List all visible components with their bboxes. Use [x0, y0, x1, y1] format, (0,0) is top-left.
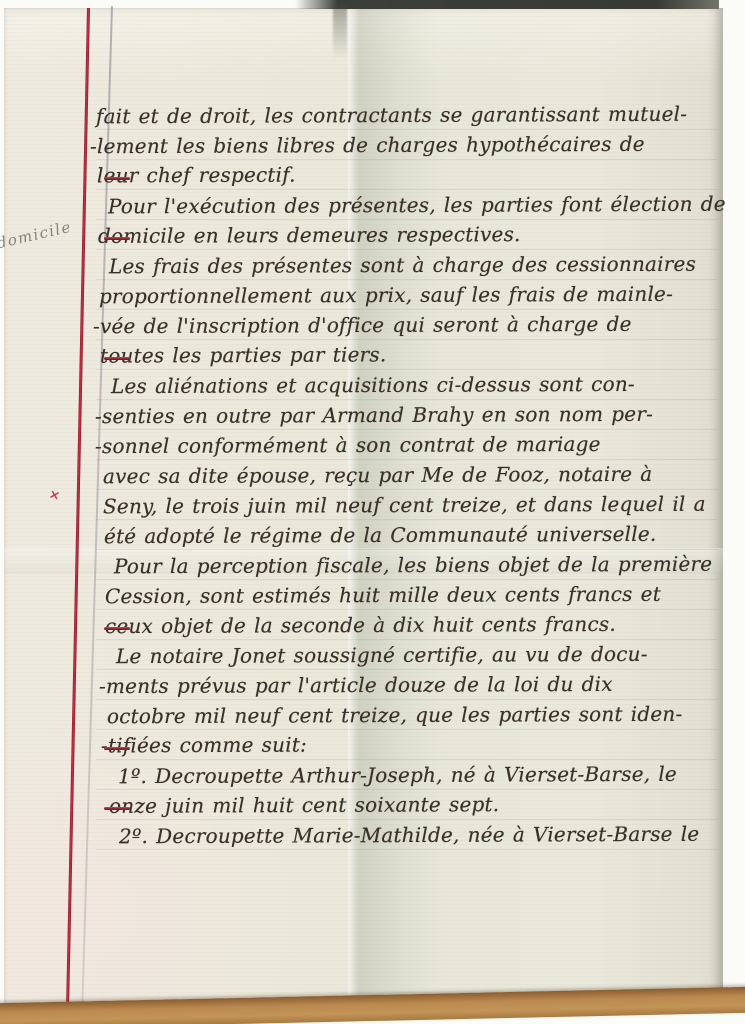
paragraph-end-rule [104, 807, 130, 811]
manuscript-line: -vée de l'inscription d'office qui seron… [96, 310, 718, 340]
manuscript-line-text: Les aliénations et acquisitions ci-dessu… [111, 371, 635, 400]
manuscript-line: -senties en outre par Armand Brahy en so… [96, 400, 718, 430]
manuscript-line-text: toutes les parties par tiers. [100, 341, 387, 369]
manuscript-line-text: 1º. Decroupette Arthur-Joseph, né à Vier… [118, 761, 677, 790]
manuscript-line-text: domicile en leurs demeures respectives. [98, 221, 521, 250]
manuscript-line: -sonnel conformément à son contrat de ma… [96, 430, 718, 460]
manuscript-line-text: Le notaire Jonet soussigné certifie, au … [116, 641, 648, 670]
manuscript-line: fait et de droit, les contractants se ga… [96, 100, 718, 130]
manuscript-line-text: -sonnel conformément à son contrat de ma… [95, 431, 601, 460]
manuscript-line-text: -senties en outre par Armand Brahy en so… [94, 401, 652, 430]
manuscript-line: Cession, sont estimés huit mille deux ce… [96, 580, 718, 610]
manuscript-line: domicile en leurs demeures respectives. [96, 220, 718, 250]
manuscript-line: Pour la perception fiscale, les biens ob… [96, 550, 718, 580]
manuscript-line-text: -tifiées comme suit: [100, 732, 306, 760]
manuscript-line: octobre mil neuf cent treize, que les pa… [96, 700, 718, 730]
paragraph-end-rule [104, 357, 130, 361]
manuscript-line: ceux objet de la seconde à dix huit cent… [96, 610, 718, 640]
manuscript-line-text: ceux objet de la seconde à dix huit cent… [105, 611, 616, 640]
manuscript-line: toutes les parties par tiers. [96, 340, 718, 370]
manuscript-line-text: 2º. Decroupette Marie-Mathilde, née à Vi… [119, 821, 699, 851]
manuscript-line: Les frais des présentes sont à charge de… [96, 250, 718, 280]
manuscript-line-text: Les frais des présentes sont à charge de… [109, 251, 696, 281]
manuscript-line: 1º. Decroupette Arthur-Joseph, né à Vier… [96, 760, 718, 790]
manuscript-line-text: Pour la perception fiscale, les biens ob… [114, 551, 712, 581]
manuscript-line: 2º. Decroupette Marie-Mathilde, née à Vi… [96, 820, 718, 850]
manuscript-line-text: Cession, sont estimés huit mille deux ce… [105, 581, 661, 610]
paragraph-end-rule [104, 237, 130, 241]
scan-top-edge-shadow [295, 0, 719, 9]
manuscript-line: proportionnellement aux prix, sauf les f… [96, 280, 718, 310]
manuscript-line-text: onze juin mil huit cent soixante sept. [109, 791, 499, 820]
manuscript-line-text: -ments prévus par l'article douze de la … [99, 671, 613, 700]
manuscript-line-text: leur chef respectif. [97, 162, 296, 190]
paragraph-end-rule [104, 177, 130, 181]
manuscript-line-text: -lement les biens libres de charges hypo… [90, 131, 645, 160]
manuscript-line: leur chef respectif. [96, 160, 718, 190]
manuscript-line-text: -vée de l'inscription d'office qui seron… [93, 311, 632, 340]
manuscript-line: Seny, le trois juin mil neuf cent treize… [96, 490, 718, 520]
manuscript: fait et de droit, les contractants se ga… [96, 100, 718, 850]
manuscript-line-text: fait et de droit, les contractants se ga… [96, 101, 687, 131]
manuscript-line: Les aliénations et acquisitions ci-dessu… [96, 370, 718, 400]
manuscript-line: Pour l'exécution des présentes, les part… [96, 190, 718, 220]
manuscript-line-text: octobre mil neuf cent treize, que les pa… [107, 701, 683, 731]
top-crease-shadow [333, 5, 347, 59]
manuscript-line: -ments prévus par l'article douze de la … [96, 670, 718, 700]
paragraph-end-rule [104, 627, 130, 631]
scanned-notarial-page: domicile × fait et de droit, les contrac… [0, 0, 745, 1024]
manuscript-line-text: Pour l'exécution des présentes, les part… [108, 191, 726, 221]
manuscript-line-text: Seny, le trois juin mil neuf cent treize… [103, 491, 706, 521]
manuscript-line-text: proportionnellement aux prix, sauf les f… [99, 281, 673, 311]
paragraph-end-rule [104, 747, 130, 751]
manuscript-line-text: avec sa dite épouse, reçu par Me de Fooz… [103, 461, 653, 490]
manuscript-line: Le notaire Jonet soussigné certifie, au … [96, 640, 718, 670]
manuscript-line: été adopté le régime de la Communauté un… [96, 520, 718, 550]
manuscript-line: -lement les biens libres de charges hypo… [96, 130, 718, 160]
manuscript-line-text: été adopté le régime de la Communauté un… [104, 521, 657, 550]
manuscript-line: avec sa dite épouse, reçu par Me de Fooz… [96, 460, 718, 490]
manuscript-line: -tifiées comme suit: [96, 730, 718, 760]
manuscript-line: onze juin mil huit cent soixante sept. [96, 790, 718, 820]
